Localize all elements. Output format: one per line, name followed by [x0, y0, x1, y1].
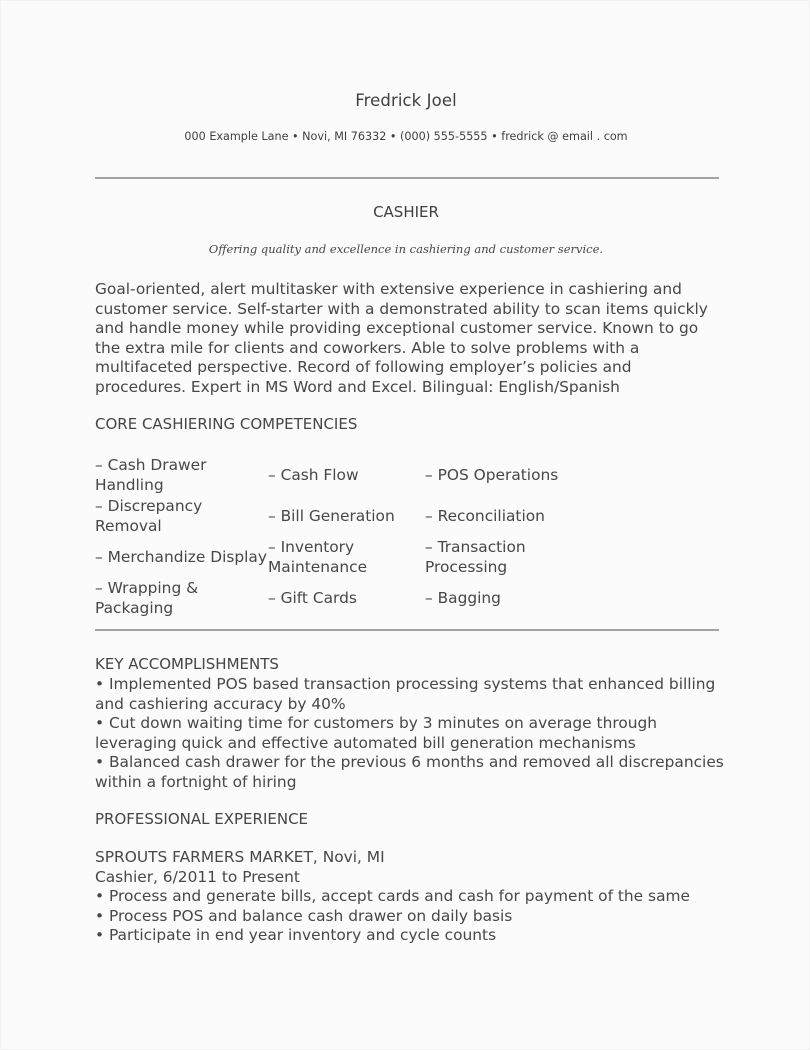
competency-item: – Gift Cards [268, 589, 425, 608]
competency-item: – Bagging [425, 589, 575, 608]
competencies-heading: CORE CASHIERING COMPETENCIES [95, 415, 357, 433]
employer: SPROUTS FARMERS MARKET, Novi, MI [95, 848, 735, 868]
competency-item: – Bill Generation [268, 507, 425, 526]
competency-item: – Inventory Maintenance [268, 538, 425, 577]
competency-item: – Discrepancy Removal [95, 497, 268, 536]
experience-entry: SPROUTS FARMERS MARKET, Novi, MI Cashier… [95, 848, 735, 946]
competency-item: – Merchandize Display [95, 548, 268, 567]
accomplishment-item: • Cut down waiting time for customers by… [95, 714, 725, 753]
competency-row: – Merchandize Display – Inventory Mainte… [95, 537, 575, 578]
tagline: Offering quality and excellence in cashi… [1, 242, 810, 256]
header-divider [95, 177, 719, 179]
competency-item: – Cash Flow [268, 466, 425, 485]
contact-line: 000 Example Lane • Novi, MI 76332 • (000… [1, 130, 810, 143]
competency-row: – Wrapping & Packaging – Gift Cards – Ba… [95, 578, 575, 619]
duty-item: • Process POS and balance cash drawer on… [95, 907, 735, 927]
accomplishment-item: • Implemented POS based transaction proc… [95, 675, 725, 714]
role-and-dates: Cashier, 6/2011 to Present [95, 868, 735, 888]
duty-item: • Process and generate bills, accept car… [95, 887, 735, 907]
competencies-divider [95, 629, 719, 631]
competency-item: – POS Operations [425, 466, 575, 485]
candidate-name: Fredrick Joel [1, 91, 810, 110]
duty-item: • Participate in end year inventory and … [95, 926, 735, 946]
resume-page: Fredrick Joel 000 Example Lane • Novi, M… [1, 1, 809, 1049]
accomplishment-item: • Balanced cash drawer for the previous … [95, 753, 725, 792]
competency-item: – Wrapping & Packaging [95, 579, 268, 618]
competency-row: – Cash Drawer Handling – Cash Flow – POS… [95, 455, 575, 496]
summary-paragraph: Goal-oriented, alert multitasker with ex… [95, 280, 725, 397]
competency-item: – Transaction Processing [425, 538, 575, 577]
experience-heading: PROFESSIONAL EXPERIENCE [95, 810, 308, 828]
competency-item: – Reconciliation [425, 507, 575, 526]
accomplishments-heading: KEY ACCOMPLISHMENTS [95, 655, 279, 673]
competency-item: – Cash Drawer Handling [95, 456, 268, 495]
competencies-grid: – Cash Drawer Handling – Cash Flow – POS… [95, 455, 575, 619]
competency-row: – Discrepancy Removal – Bill Generation … [95, 496, 575, 537]
job-title: CASHIER [1, 203, 810, 221]
accomplishments-list: • Implemented POS based transaction proc… [95, 675, 725, 792]
